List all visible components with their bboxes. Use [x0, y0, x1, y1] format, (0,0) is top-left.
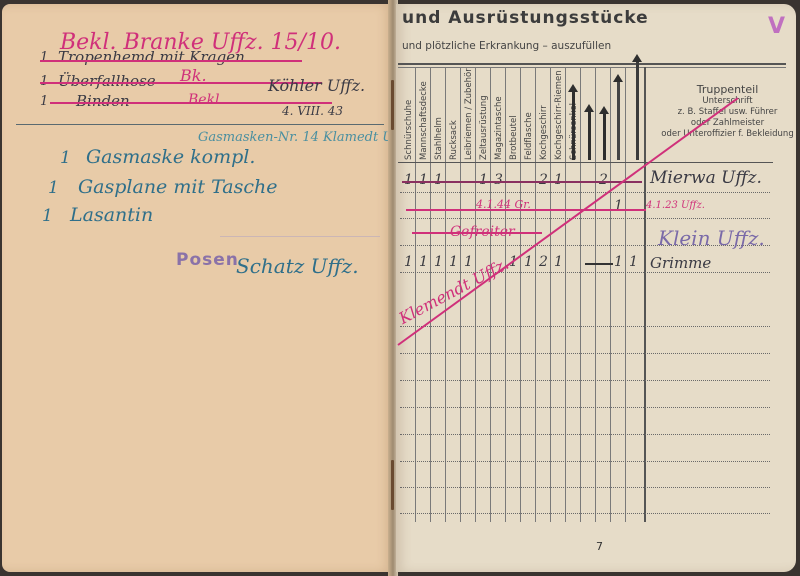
column-header: Feldflasche	[520, 70, 535, 160]
cell: 1	[464, 254, 473, 270]
row-line	[400, 326, 770, 327]
row-line	[400, 461, 770, 462]
row-line	[400, 192, 770, 193]
truppenteil-header: Truppenteil Unterschrift z. B. Staffel u…	[655, 83, 800, 140]
cell: 1	[434, 254, 443, 270]
cell: 1	[404, 172, 413, 188]
cell: 1	[614, 254, 623, 270]
arrow-up-icon	[572, 90, 575, 160]
corner-mark: V	[768, 14, 785, 39]
column-header: Schnürschuhe	[400, 70, 415, 160]
cell: 1	[554, 172, 563, 188]
stamp-rule	[220, 236, 380, 237]
column-header: Magazintasche	[490, 70, 505, 160]
strike-line	[406, 209, 646, 211]
row-signature: Klein Uffz.	[658, 226, 765, 250]
struck-entry: Tropenhemd mit Kragen	[58, 48, 245, 66]
cell: 1	[554, 254, 563, 270]
truppenteil-line: oder Zahlmeister	[655, 118, 800, 129]
cell: 1	[524, 254, 533, 270]
row-line	[400, 272, 770, 273]
truppenteil-line: z. B. Staffel usw. Führer	[655, 107, 800, 118]
column-header: Leibriemen / Zubehör	[460, 70, 475, 160]
row-line	[400, 353, 770, 354]
row-line	[400, 218, 770, 219]
page-subtitle: und plötzliche Erkrankung – auszufüllen	[402, 40, 611, 52]
struck-entry: Überfallhose	[58, 72, 156, 90]
entry-qty: 1	[42, 206, 53, 226]
column-line	[625, 67, 626, 522]
signature-column-divider	[644, 67, 646, 522]
cell: 1	[614, 198, 623, 214]
column-header: Stahlhelm	[430, 70, 445, 160]
signature-top: Köhler Uffz.	[268, 76, 365, 95]
column-header: Kochgeschirr-Riemen	[550, 70, 565, 160]
struck-entry: Binden	[76, 92, 130, 110]
date-top: 4. VIII. 43	[282, 104, 343, 118]
cell: 1	[419, 254, 428, 270]
header-rule	[398, 67, 786, 68]
cell: 1	[479, 172, 488, 188]
truppenteil-line: oder Unteroffizier f. Bekleidung	[655, 129, 800, 140]
entry-qty: 1	[40, 50, 48, 65]
strike-line	[402, 181, 642, 183]
arrow-up-icon	[603, 112, 606, 160]
dash-mark	[585, 263, 613, 265]
header-bottom-rule	[398, 162, 773, 163]
header-rule	[398, 63, 786, 65]
row-line	[400, 380, 770, 381]
entry-qty: 1	[60, 148, 71, 168]
cell: 2	[599, 172, 608, 188]
posen-stamp: Posen	[176, 250, 239, 270]
cell: 2	[539, 254, 548, 270]
cell: 1	[434, 172, 443, 188]
section-divider	[16, 124, 384, 125]
arrow-up-icon	[636, 60, 639, 160]
column-header: Brotbeutel	[505, 70, 520, 160]
column-header: Mannschaftsdecke	[415, 70, 430, 160]
teal-note: Gasmasken-Nr. 14 Klamedt Uffz.	[198, 130, 413, 145]
column-line	[580, 67, 581, 522]
strike-line	[412, 232, 542, 234]
equipment-entry: Gasmaske kompl.	[86, 146, 255, 168]
strike-line	[40, 60, 302, 62]
column-header: Kochgeschirr	[535, 70, 550, 160]
column-header: Zeltausrüstung	[475, 70, 490, 160]
row-signature: Grimme	[650, 254, 711, 272]
cell: 1	[449, 254, 458, 270]
row-signature: Mierwa Uffz.	[650, 168, 762, 188]
row-line	[400, 434, 770, 435]
arrow-up-icon	[588, 110, 591, 160]
page-number: 7	[596, 540, 603, 553]
equipment-entry: Lasantin	[70, 204, 153, 226]
row-line	[400, 487, 770, 488]
column-line	[610, 67, 611, 522]
row-line	[400, 513, 770, 514]
entry-qty: 1	[48, 178, 59, 198]
equipment-entry: Gasplane mit Tasche	[78, 176, 278, 198]
staple	[391, 80, 394, 130]
signature-bottom: Schatz Uffz.	[236, 254, 359, 278]
annotation-bekl: Bekl.	[188, 92, 224, 108]
cell: 3	[494, 172, 503, 188]
page-title: und Ausrüstungsstücke	[402, 8, 649, 28]
cell: 1	[404, 254, 413, 270]
cell: 1	[419, 172, 428, 188]
entry-qty: 1	[40, 94, 48, 109]
row-note: 4.1.23 Uffz.	[646, 200, 705, 211]
staple	[391, 460, 394, 510]
arrow-up-icon	[617, 80, 620, 160]
cell: 1	[629, 254, 638, 270]
cell: 2	[539, 172, 548, 188]
column-header: Rucksack	[445, 70, 460, 160]
open-booklet: Bekl. Branke Uffz. 15/10. 1 Tropenhemd m…	[0, 0, 800, 576]
row-line	[400, 407, 770, 408]
truppenteil-heading: Truppenteil	[655, 83, 800, 96]
column-line	[595, 67, 596, 522]
